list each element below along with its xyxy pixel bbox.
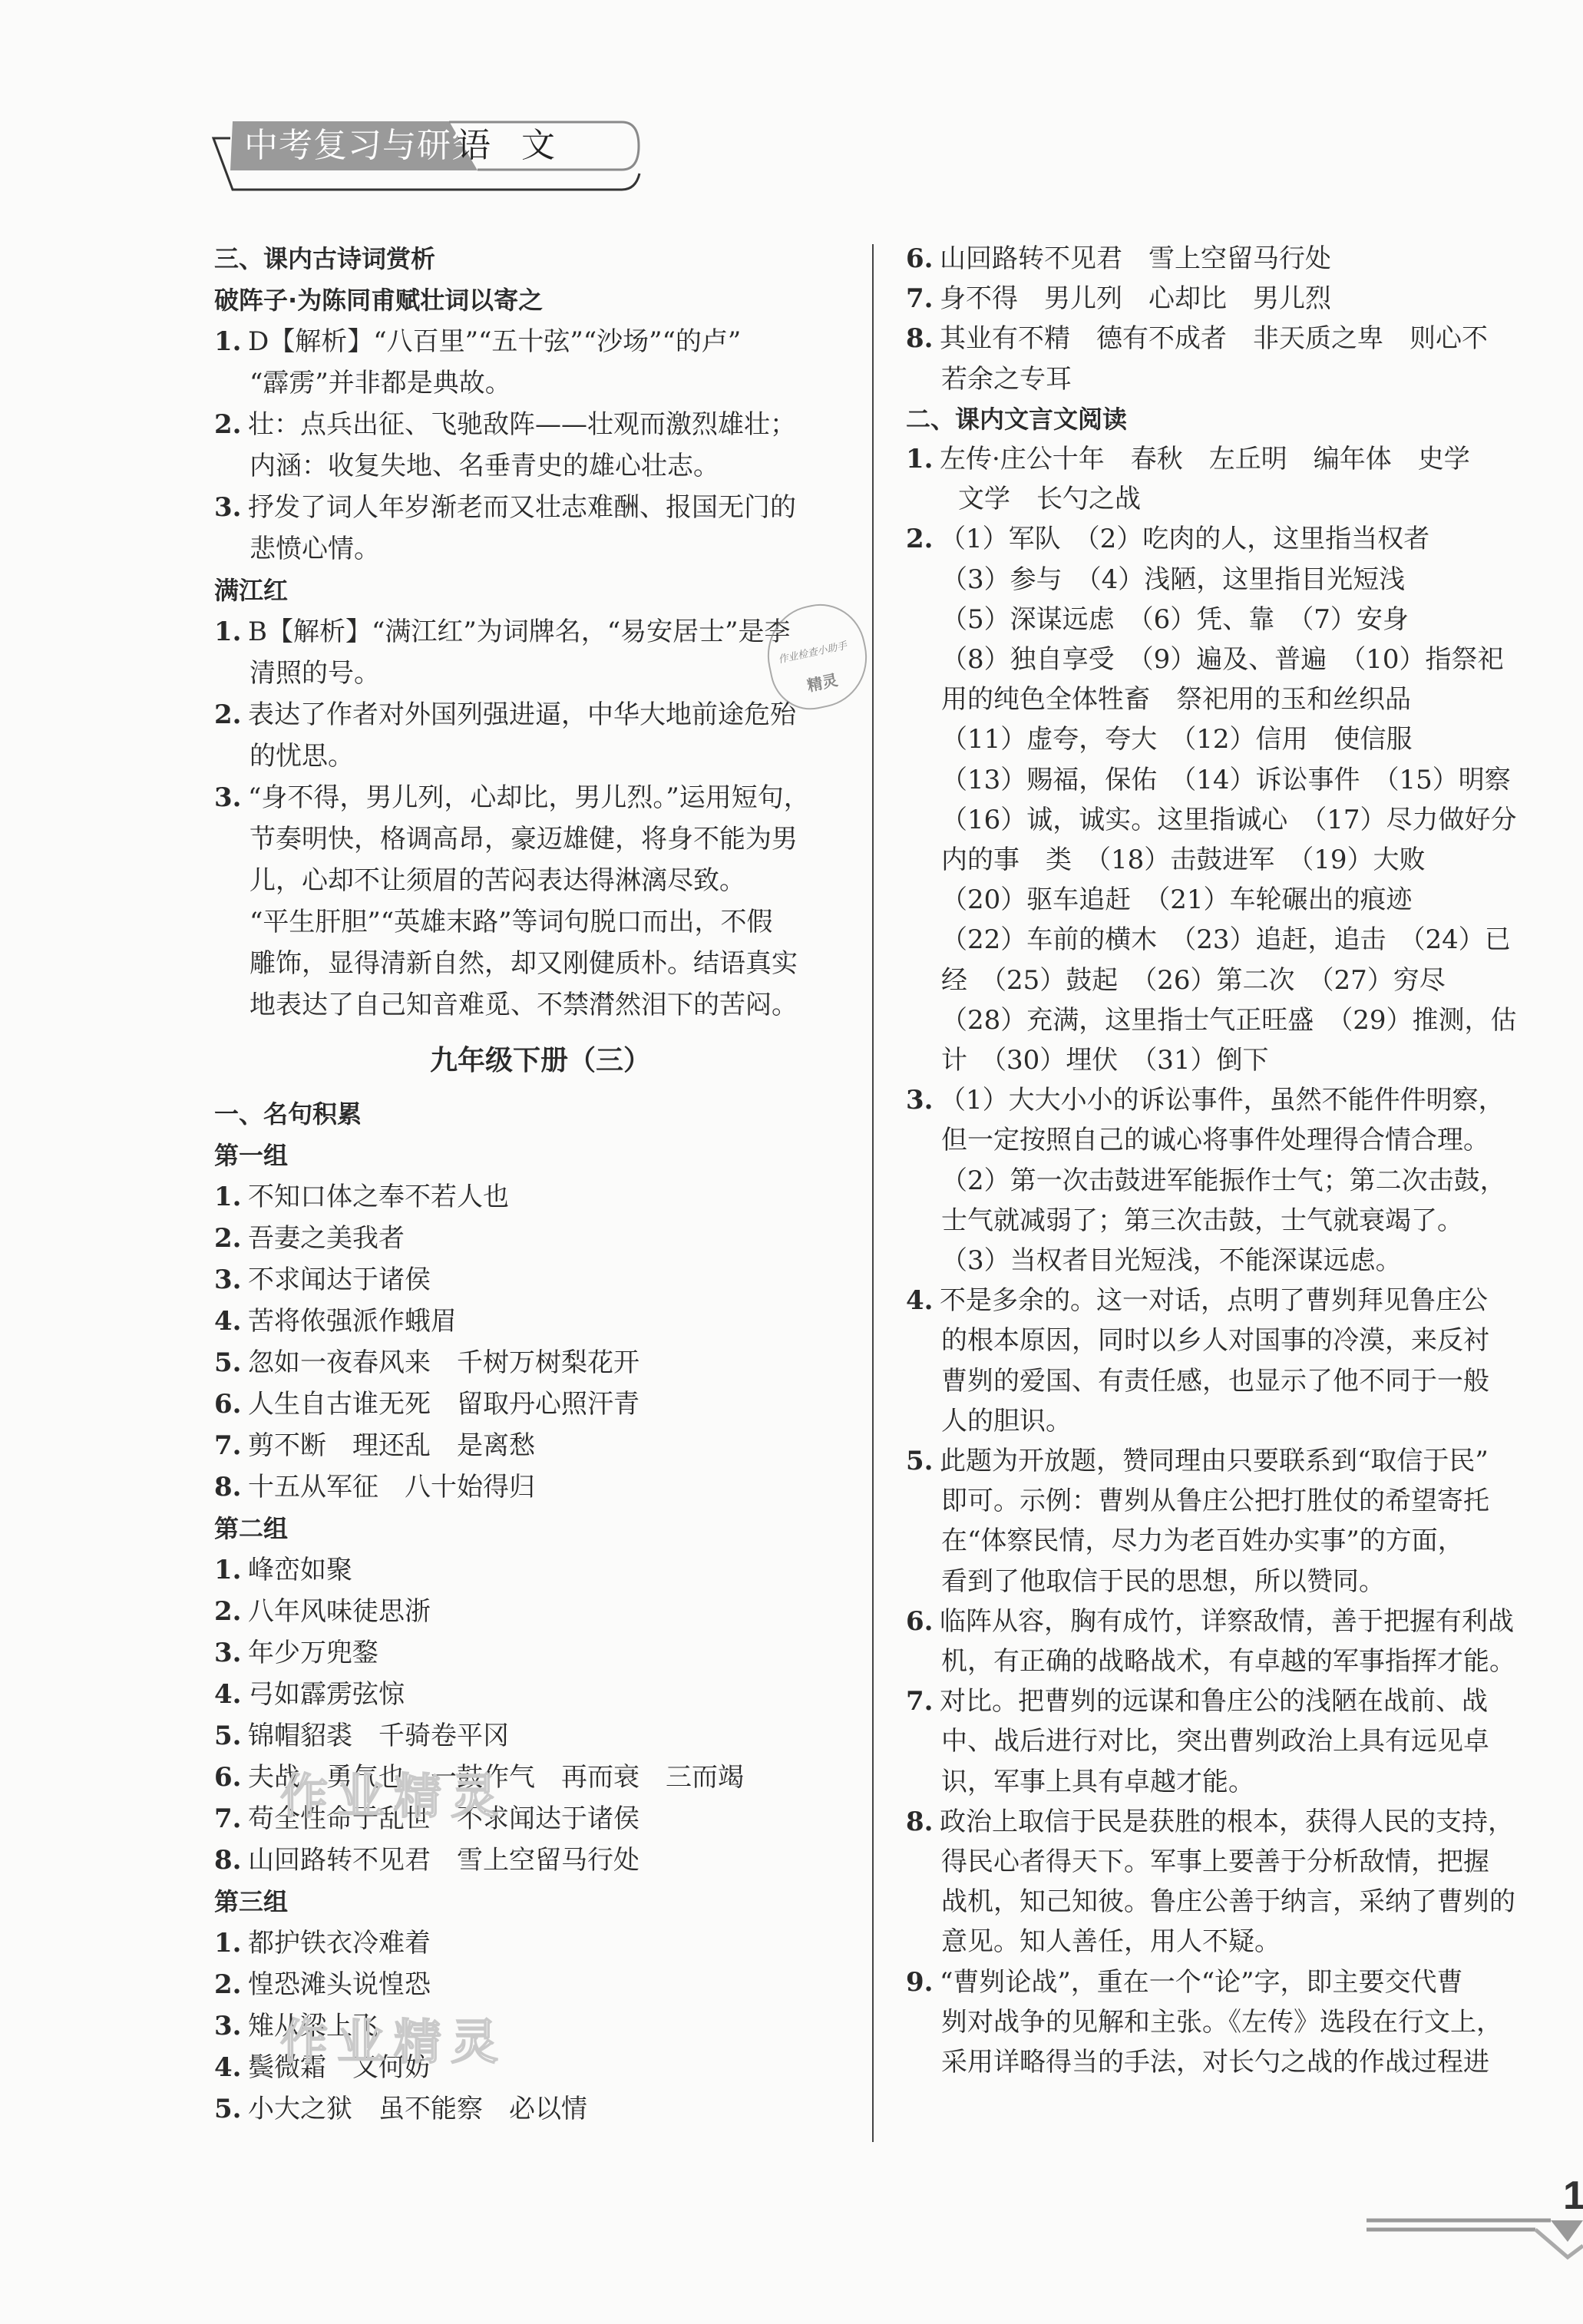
line-text: 曹刿的爱国、有责任感，也显示了他不同于一般: [941, 1366, 1489, 1397]
line-text: 左传·庄公十年 春秋 左丘明 编年体 史学: [940, 444, 1470, 474]
answer-line: 的根本原因，同时以乡人对国事的冷漠，来反衬: [941, 1325, 1489, 1356]
answer-line: 5.此题为开放题，赞同理由只要联系到“取信于民”: [906, 1446, 1489, 1476]
answer-line: 5.小大之狱 虽不能察 必以情: [214, 2094, 587, 2124]
line-text: 地表达了自己知音难觅、不禁潸然泪下的苦闷。: [250, 990, 798, 1020]
item-number: 2.: [214, 699, 248, 730]
line-text: 吾妻之美我者: [248, 1223, 405, 1254]
item-number: 1.: [214, 1555, 248, 1585]
answer-line: 经 （25）鼓起 （26）第二次 （27）穷尽: [941, 965, 1446, 996]
line-text: 剪不断 理还乱 是离愁: [248, 1430, 535, 1461]
answer-line: 内的事 类 （18）击鼓进军 （19）大败: [941, 845, 1426, 875]
line-text: 锦帽貂裘 千骑卷平冈: [248, 1721, 509, 1751]
answer-line: 地表达了自己知音难觅、不禁潸然泪下的苦闷。: [250, 990, 798, 1020]
line-text: 壮：点兵出征、飞驰敌阵——壮观而激烈雄壮；: [248, 409, 796, 440]
item-number: 3.: [214, 782, 248, 813]
subject-title: 语文: [457, 123, 586, 169]
column-divider: [872, 244, 874, 2142]
line-text: 刿对战争的见解和主张。《左传》选段在行文上，: [941, 2007, 1502, 2038]
item-number: 1.: [214, 1182, 248, 1212]
answer-line: 3.不求闻达于诸侯: [214, 1264, 431, 1295]
answer-line: 3.年少万兜鍪: [214, 1638, 378, 1668]
item-number: 4.: [214, 1679, 248, 1710]
line-text: 破阵子·为陈同甫赋壮词以寄之: [214, 286, 543, 315]
answer-line: 3.“身不得，男儿列，心却比，男儿烈。”运用短句，: [214, 782, 810, 813]
line-text: 的根本原因，同时以乡人对国事的冷漠，来反衬: [941, 1325, 1489, 1356]
answer-line: 1.D【解析】“八百里”“五十弦”“沙场”“的卢”: [214, 326, 741, 357]
answer-line: 3.抒发了词人年岁渐老而又壮志难酬、报国无门的: [214, 492, 796, 523]
line-text: “霹雳”并非都是典故。: [250, 368, 511, 398]
answer-line: （22）车前的横木 （23）追赶，追击 （24）已: [941, 924, 1511, 955]
section-title: 九年级下册（三）: [430, 1039, 651, 1078]
line-text: 文学 长勺之战: [958, 484, 1141, 514]
line-text: 士气就减弱了；第三次击鼓，士气就衰竭了。: [941, 1205, 1463, 1236]
line-text: 中、战后进行对比，突出曹刿政治上具有远见卓: [941, 1726, 1489, 1757]
section-heading: 三、课内古诗词赏析: [214, 243, 435, 274]
item-number: 2.: [906, 524, 940, 554]
answer-line: 战机，知己知彼。鲁庄公善于纳言，采纳了曹刿的: [941, 1886, 1515, 1917]
answer-line: （28）充满，这里指士气正旺盛 （29）推测，估: [941, 1005, 1517, 1036]
answer-line: （8）独自享受 （9）遍及、普遍 （10）指祭祀: [941, 644, 1504, 675]
item-number: 2.: [214, 1596, 248, 1627]
series-title: 中考复习与研究: [244, 123, 486, 169]
line-text: 经 （25）鼓起 （26）第二次 （27）穷尽: [941, 965, 1446, 996]
answer-line: 8.十五从军征 八十始得归: [214, 1472, 535, 1503]
answer-line: 儿，心却不让须眉的苦闷表达得淋漓尽致。: [250, 865, 745, 896]
watermark: 作业精灵: [280, 1758, 507, 1826]
answer-line: 但一定按照自己的诚心将事件处理得合情合理。: [941, 1125, 1489, 1155]
item-number: 1.: [906, 444, 940, 474]
item-number: 9.: [906, 1967, 940, 1998]
item-number: 2.: [214, 1223, 248, 1254]
line-text: 峰峦如聚: [248, 1555, 352, 1585]
section-heading: 第一组: [214, 1140, 288, 1171]
line-text: 政治上取信于民是获胜的根本，获得人民的支持，: [940, 1807, 1514, 1837]
line-text: 此题为开放题，赞同理由只要联系到“取信于民”: [940, 1446, 1489, 1476]
answer-line: 8.山回路转不见君 雪上空留马行处: [214, 1845, 639, 1876]
answer-line: 悲愤心情。: [250, 534, 380, 564]
line-text: 其业有不精 德有不成者 非天质之卑 则心不: [940, 323, 1488, 354]
answer-line: 1.B【解析】“满江红”为词牌名，“易安居士”是李: [214, 617, 791, 647]
answer-line: 的忧思。: [250, 741, 354, 772]
section-heading: 满江红: [214, 575, 288, 606]
line-text: 满江红: [214, 576, 288, 605]
item-number: 2.: [214, 409, 248, 440]
line-text: 计 （30）埋伏 （31）倒下: [941, 1045, 1269, 1076]
item-number: 8.: [906, 1807, 940, 1837]
answer-line: （5）深谋远虑 （6）凭、靠 （7）安身: [941, 604, 1409, 635]
line-text: 都护铁衣冷难着: [248, 1928, 431, 1959]
answer-line: 4.苦将侬强派作蛾眉: [214, 1306, 457, 1337]
answer-line: 意见。知人善任，用人不疑。: [941, 1926, 1281, 1957]
answer-line: 1.都护铁衣冷难着: [214, 1928, 431, 1959]
answer-line: （3）当权者目光短浅，不能深谋远虑。: [941, 1245, 1402, 1276]
line-text: 抒发了词人年岁渐老而又壮志难酬、报国无门的: [248, 492, 796, 523]
answer-line: 2.八年风味徒思浙: [214, 1596, 431, 1627]
section-heading: 二、课内文言文阅读: [906, 404, 1127, 435]
line-text: （8）独自享受 （9）遍及、普遍 （10）指祭祀: [941, 644, 1504, 675]
item-number: 3.: [906, 1085, 940, 1116]
answer-line: 2.表达了作者对外国列强进逼，中华大地前途危殆: [214, 699, 796, 730]
item-number: 6.: [214, 1389, 248, 1420]
answer-line: 8.其业有不精 德有不成者 非天质之卑 则心不: [906, 323, 1488, 354]
line-text: （11）虚夸，夸大 （12）信用 使信服: [941, 724, 1413, 755]
item-number: 2.: [214, 1969, 248, 2000]
answer-line: （20）驱车追赶 （21）车轮碾出的痕迹: [941, 884, 1413, 915]
line-text: 雕饰，显得清新自然，却又刚健质朴。结语真实: [250, 948, 798, 979]
line-text: （1）军队 （2）吃肉的人，这里指当权者: [940, 524, 1429, 554]
line-text: 内的事 类 （18）击鼓进军 （19）大败: [941, 845, 1426, 875]
line-text: 悲愤心情。: [250, 534, 380, 564]
line-text: 第二组: [214, 1514, 288, 1543]
item-number: 7.: [214, 1803, 248, 1834]
line-text: 不是多余的。这一对话，点明了曹刿拜见鲁庄公: [940, 1285, 1488, 1316]
answer-line: 雕饰，显得清新自然，却又刚健质朴。结语真实: [250, 948, 798, 979]
item-number: 6.: [906, 1606, 940, 1637]
item-number: 6.: [906, 243, 940, 274]
line-text: 十五从军征 八十始得归: [248, 1472, 535, 1503]
line-text: 在“体察民情，尽力为老百姓办实事”的方面，: [941, 1526, 1464, 1556]
line-text: 苦将侬强派作蛾眉: [248, 1306, 457, 1337]
item-number: 4.: [906, 1285, 940, 1316]
answer-line: （11）虚夸，夸大 （12）信用 使信服: [941, 724, 1413, 755]
answer-line: 6.人生自古谁无死 留取丹心照汗青: [214, 1389, 639, 1420]
answer-line: （2）第一次击鼓进军能振作士气；第二次击鼓，: [941, 1165, 1506, 1196]
item-number: 1.: [214, 617, 248, 647]
section-heading: 一、名句积累: [214, 1099, 362, 1129]
item-number: 4.: [214, 2052, 248, 2083]
line-text: （28）充满，这里指士气正旺盛 （29）推测，估: [941, 1005, 1517, 1036]
item-number: 3.: [214, 2011, 248, 2041]
line-text: 三、课内古诗词赏析: [214, 244, 435, 273]
section-heading: 破阵子·为陈同甫赋壮词以寄之: [214, 285, 543, 316]
stamp-top-text: 作业检查小助手: [777, 637, 848, 666]
line-text: 不知口体之奉不若人也: [248, 1182, 509, 1212]
answer-line: 得民心者得天下。军事上要善于分析敌情，把握: [941, 1846, 1489, 1877]
line-text: 忽如一夜春风来 千树万树梨花开: [248, 1347, 639, 1378]
answer-line: 用的纯色全体牲畜 祭祀用的玉和丝织品: [941, 684, 1411, 715]
answer-line: 6.山回路转不见君 雪上空留马行处: [906, 243, 1331, 274]
line-text: B【解析】“满江红”为词牌名，“易安居士”是李: [248, 617, 791, 647]
answer-line: 2.惶恐滩头说惶恐: [214, 1969, 431, 2000]
answer-line: “霹雳”并非都是典故。: [250, 368, 511, 398]
line-text: 弓如霹雳弦惊: [248, 1679, 405, 1710]
answer-line: 识，军事上具有卓越才能。: [941, 1767, 1254, 1797]
line-text: 节奏明快，格调高昂，豪迈雄健，将身不能为男: [250, 824, 798, 855]
item-number: 1.: [214, 1928, 248, 1959]
page-header: 中考复习与研究 语文: [0, 0, 1583, 215]
line-text: （13）赐福，保佑 （14）诉讼事件 （15）明察: [941, 765, 1511, 795]
line-text: 但一定按照自己的诚心将事件处理得合情合理。: [941, 1125, 1489, 1155]
item-number: 7.: [906, 1686, 940, 1717]
line-text: 意见。知人善任，用人不疑。: [941, 1926, 1281, 1957]
line-text: 得民心者得天下。军事上要善于分析敌情，把握: [941, 1846, 1489, 1877]
answer-line: 7.剪不断 理还乱 是离愁: [214, 1430, 535, 1461]
answer-line: 刿对战争的见解和主张。《左传》选段在行文上，: [941, 2007, 1502, 2038]
line-text: 第一组: [214, 1141, 288, 1170]
answer-line: 4.不是多余的。这一对话，点明了曹刿拜见鲁庄公: [906, 1285, 1488, 1316]
item-number: 8.: [214, 1845, 248, 1876]
answer-line: 在“体察民情，尽力为老百姓办实事”的方面，: [941, 1526, 1464, 1556]
line-text: 儿，心却不让须眉的苦闷表达得淋漓尽致。: [250, 865, 745, 896]
line-text: 不求闻达于诸侯: [248, 1264, 431, 1295]
line-text: 八年风味徒思浙: [248, 1596, 431, 1627]
line-text: 人生自古谁无死 留取丹心照汗青: [248, 1389, 639, 1420]
line-text: 战机，知己知彼。鲁庄公善于纳言，采纳了曹刿的: [941, 1886, 1515, 1917]
line-text: （1）大大小小的诉讼事件，虽然不能件件明察，: [940, 1085, 1505, 1116]
item-number: 5.: [214, 2094, 248, 2124]
line-text: “曹刿论战”，重在一个“论”字，即主要交代曹: [940, 1967, 1463, 1998]
answer-line: （16）诚，诚实。这里指诚心 （17）尽力做好分: [941, 805, 1517, 835]
line-text: D【解析】“八百里”“五十弦”“沙场”“的卢”: [248, 326, 741, 357]
answer-line: 文学 长勺之战: [958, 484, 1141, 514]
line-text: “平生肝胆”“英雄末路”等词句脱口而出，不假: [250, 907, 773, 937]
line-text: 身不得 男儿列 心却比 男儿烈: [940, 283, 1331, 314]
answer-line: 3.（1）大大小小的诉讼事件，虽然不能件件明察，: [906, 1085, 1505, 1116]
answer-line: 6.临阵从容，胸有成竹，详察敌情，善于把握有利战: [906, 1606, 1514, 1637]
item-number: 3.: [214, 1638, 248, 1668]
line-text: 二、课内文言文阅读: [906, 405, 1127, 434]
line-text: 采用详略得当的手法，对长勺之战的作战过程进: [941, 2047, 1489, 2078]
answer-line: 9.“曹刿论战”，重在一个“论”字，即主要交代曹: [906, 1967, 1463, 1998]
line-text: （16）诚，诚实。这里指诚心 （17）尽力做好分: [941, 805, 1517, 835]
stamp-bottom-text: 精灵: [805, 668, 839, 696]
line-text: （22）车前的横木 （23）追赶，追击 （24）已: [941, 924, 1511, 955]
answer-line: 若余之专耳: [941, 364, 1072, 395]
answer-line: 内涵：收复失地、名垂青史的雄心壮志。: [250, 451, 719, 481]
line-text: 人的胆识。: [941, 1406, 1072, 1436]
line-text: 若余之专耳: [941, 364, 1072, 395]
line-text: “身不得，男儿列，心却比，男儿烈。”运用短句，: [248, 782, 810, 813]
answer-line: 中、战后进行对比，突出曹刿政治上具有远见卓: [941, 1726, 1489, 1757]
answer-line: 7.身不得 男儿列 心却比 男儿烈: [906, 283, 1331, 314]
line-text: （5）深谋远虑 （6）凭、靠 （7）安身: [941, 604, 1409, 635]
line-text: 临阵从容，胸有成竹，详察敌情，善于把握有利战: [940, 1606, 1514, 1637]
line-text: 识，军事上具有卓越才能。: [941, 1767, 1254, 1797]
line-text: 即可。示例：曹刿从鲁庄公把打胜仗的希望寄托: [941, 1486, 1489, 1516]
answer-line: （13）赐福，保佑 （14）诉讼事件 （15）明察: [941, 765, 1511, 795]
line-text: 山回路转不见君 雪上空留马行处: [248, 1845, 639, 1876]
item-number: 4.: [214, 1306, 248, 1337]
answer-line: 5.忽如一夜春风来 千树万树梨花开: [214, 1347, 639, 1378]
item-number: 3.: [214, 492, 248, 523]
answer-line: 采用详略得当的手法，对长勺之战的作战过程进: [941, 2047, 1489, 2078]
answer-line: 8.政治上取信于民是获胜的根本，获得人民的支持，: [906, 1807, 1514, 1837]
line-text: 看到了他取信于民的思想，所以赞同。: [941, 1566, 1385, 1597]
line-text: 用的纯色全体牲畜 祭祀用的玉和丝织品: [941, 684, 1411, 715]
line-text: （20）驱车追赶 （21）车轮碾出的痕迹: [941, 884, 1413, 915]
item-number: 5.: [214, 1721, 248, 1751]
answer-line: 2.吾妻之美我者: [214, 1223, 405, 1254]
answer-line: 看到了他取信于民的思想，所以赞同。: [941, 1566, 1385, 1597]
line-text: 第三组: [214, 1887, 288, 1916]
item-number: 1.: [214, 326, 248, 357]
answer-line: 1.峰峦如聚: [214, 1555, 352, 1585]
section-heading: 第三组: [214, 1886, 288, 1917]
footer-ornament-icon: [1367, 2211, 1583, 2273]
answer-line: 7.对比。把曹刿的远谋和鲁庄公的浅陋在战前、战: [906, 1686, 1488, 1717]
answer-line: 1.不知口体之奉不若人也: [214, 1182, 509, 1212]
line-text: 表达了作者对外国列强进逼，中华大地前途危殆: [248, 699, 796, 730]
line-text: （3）当权者目光短浅，不能深谋远虑。: [941, 1245, 1402, 1276]
answer-line: （3）参与 （4）浅陋，这里指目光短浅: [941, 564, 1405, 595]
line-text: 机，有正确的战略战术，有卓越的军事指挥才能。: [941, 1646, 1515, 1677]
item-number: 3.: [214, 1264, 248, 1295]
answer-line: 1.左传·庄公十年 春秋 左丘明 编年体 史学: [906, 444, 1470, 474]
answer-line: 2.壮：点兵出征、飞驰敌阵——壮观而激烈雄壮；: [214, 409, 796, 440]
answer-line: 清照的号。: [250, 658, 380, 689]
line-text: （2）第一次击鼓进军能振作士气；第二次击鼓，: [941, 1165, 1506, 1196]
line-text: 对比。把曹刿的远谋和鲁庄公的浅陋在战前、战: [940, 1686, 1488, 1717]
answer-line: 节奏明快，格调高昂，豪迈雄健，将身不能为男: [250, 824, 798, 855]
line-text: 惶恐滩头说惶恐: [248, 1969, 431, 2000]
item-number: 8.: [906, 323, 940, 354]
item-number: 7.: [214, 1430, 248, 1461]
item-number: 6.: [214, 1762, 248, 1793]
item-number: 7.: [906, 283, 940, 314]
answer-line: 人的胆识。: [941, 1406, 1072, 1436]
line-text: 小大之狱 虽不能察 必以情: [248, 2094, 587, 2124]
answer-line: 5.锦帽貂裘 千骑卷平冈: [214, 1721, 509, 1751]
line-text: 山回路转不见君 雪上空留马行处: [940, 243, 1331, 274]
header-banner-shape: [0, 0, 1583, 215]
answer-line: 2.（1）军队 （2）吃肉的人，这里指当权者: [906, 524, 1429, 554]
line-text: 清照的号。: [250, 658, 380, 689]
answer-line: 4.弓如霹雳弦惊: [214, 1679, 405, 1710]
answer-line: 士气就减弱了；第三次击鼓，士气就衰竭了。: [941, 1205, 1463, 1236]
answer-line: 曹刿的爱国、有责任感，也显示了他不同于一般: [941, 1366, 1489, 1397]
line-text: 的忧思。: [250, 741, 354, 772]
line-text: （3）参与 （4）浅陋，这里指目光短浅: [941, 564, 1405, 595]
line-text: 年少万兜鍪: [248, 1638, 378, 1668]
line-text: 一、名句积累: [214, 1099, 362, 1129]
answer-line: “平生肝胆”“英雄末路”等词句脱口而出，不假: [250, 907, 773, 937]
item-number: 5.: [214, 1347, 248, 1378]
section-heading: 第二组: [214, 1513, 288, 1544]
item-number: 8.: [214, 1472, 248, 1503]
item-number: 5.: [906, 1446, 940, 1476]
answer-line: 即可。示例：曹刿从鲁庄公把打胜仗的希望寄托: [941, 1486, 1489, 1516]
line-text: 内涵：收复失地、名垂青史的雄心壮志。: [250, 451, 719, 481]
answer-line: 机，有正确的战略战术，有卓越的军事指挥才能。: [941, 1646, 1515, 1677]
watermark: 作业精灵: [280, 2004, 507, 2072]
answer-line: 计 （30）埋伏 （31）倒下: [941, 1045, 1269, 1076]
